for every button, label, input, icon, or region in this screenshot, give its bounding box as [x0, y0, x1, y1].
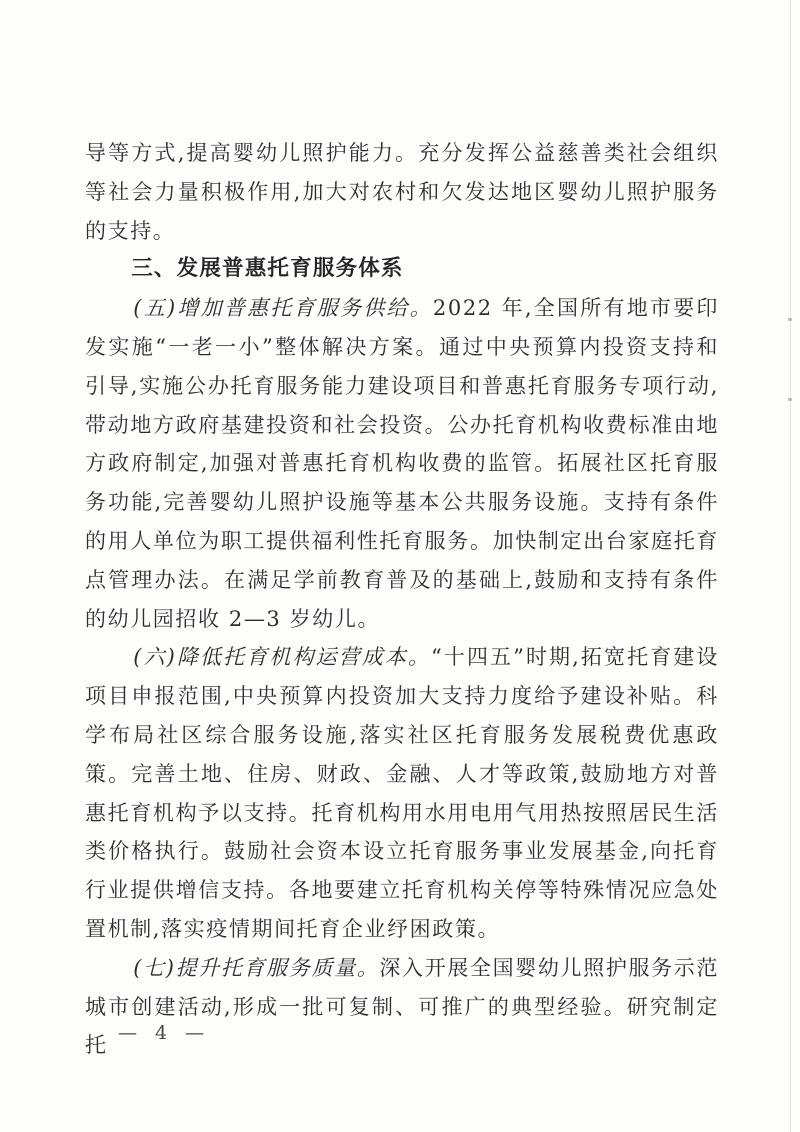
- scan-artifact-speck: [788, 318, 792, 321]
- paragraph-lead-6: (六)降低托育机构运营成本。: [133, 645, 431, 669]
- paragraph-item-5: (五)增加普惠托育服务供给。2022 年,全国所有地市要印发实施“一老一小”整体…: [85, 289, 719, 638]
- section-heading: 三、发展普惠托育服务体系: [85, 250, 719, 289]
- paragraph-text-5: 2022 年,全国所有地市要印发实施“一老一小”整体解决方案。通过中央预算内投资…: [85, 296, 719, 630]
- paragraph-lead-5: (五)增加普惠托育服务供给。: [133, 296, 433, 320]
- paragraph-item-7: (七)提升托育服务质量。深入开展全国婴幼儿照护服务示范城市创建活动,形成一批可复…: [85, 949, 719, 1065]
- scanned-document-page: 导等方式,提高婴幼儿照护能力。充分发挥公益慈善类社会组织等社会力量积极作用,加大…: [0, 0, 800, 1132]
- paragraph-text-6: “十四五”时期,拓宽托育建设项目申报范围,中央预算内投资加大支持力度给予建设补贴…: [85, 645, 719, 941]
- paragraph-lead-7: (七)提升托育服务质量。: [133, 956, 379, 980]
- paragraph-item-6: (六)降低托育机构运营成本。“十四五”时期,拓宽托育建设项目申报范围,中央预算内…: [85, 638, 719, 948]
- page-number: — 4 —: [118, 1022, 206, 1044]
- scan-artifact-speck: [788, 398, 792, 401]
- paragraph-continuation: 导等方式,提高婴幼儿照护能力。充分发挥公益慈善类社会组织等社会力量积极作用,加大…: [85, 134, 719, 250]
- document-body: 导等方式,提高婴幼儿照护能力。充分发挥公益慈善类社会组织等社会力量积极作用,加大…: [85, 134, 719, 1065]
- scan-edge-line: [790, 0, 791, 1132]
